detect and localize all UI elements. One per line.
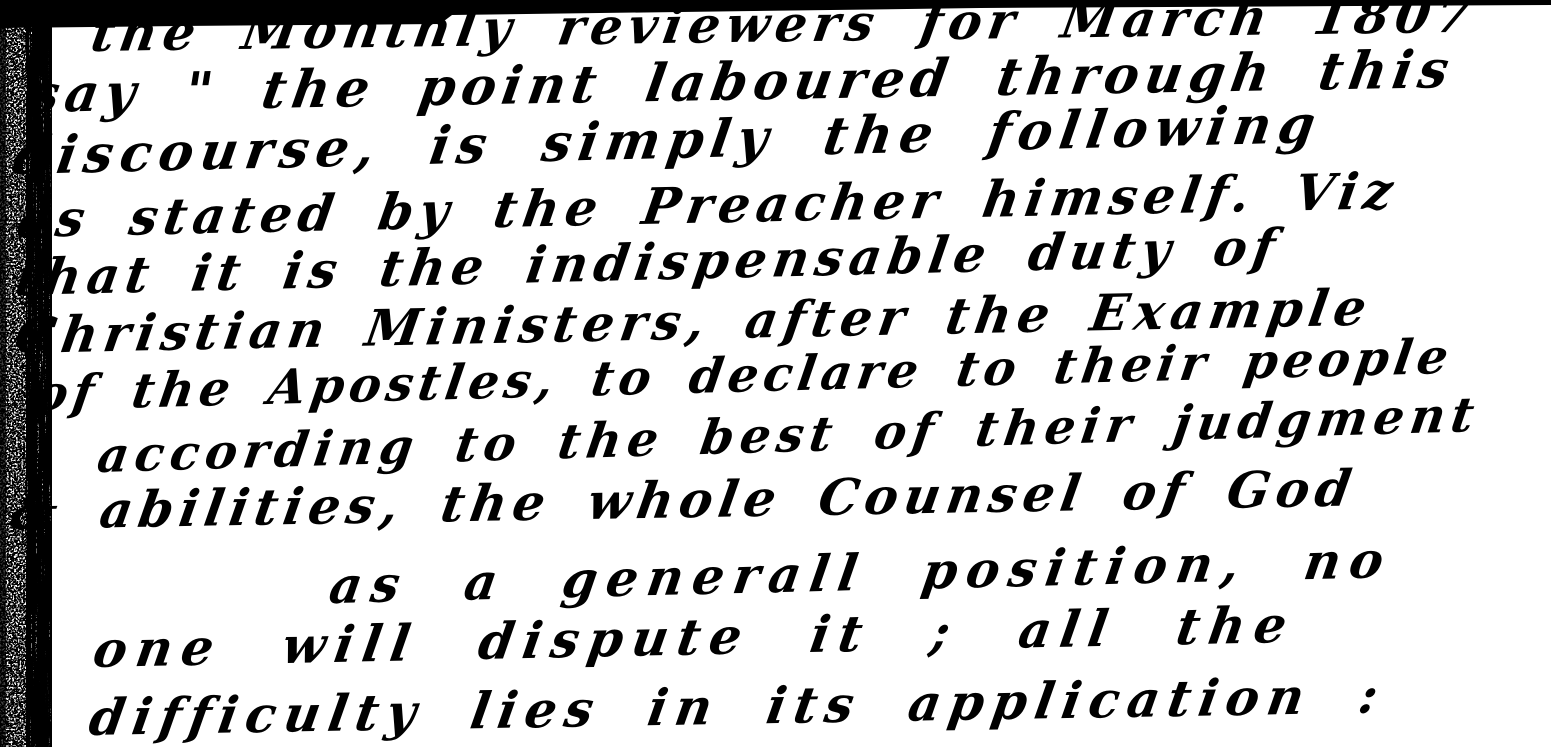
handwritten-line: one will dispute it ; all the (89, 595, 1299, 679)
handwritten-text-block: the Monthly reviewers for March 1807 say… (0, 0, 1551, 747)
manuscript-scan-page: the Monthly reviewers for March 1807 say… (0, 0, 1551, 747)
handwritten-line: difficulty lies in its application : (85, 665, 1390, 747)
